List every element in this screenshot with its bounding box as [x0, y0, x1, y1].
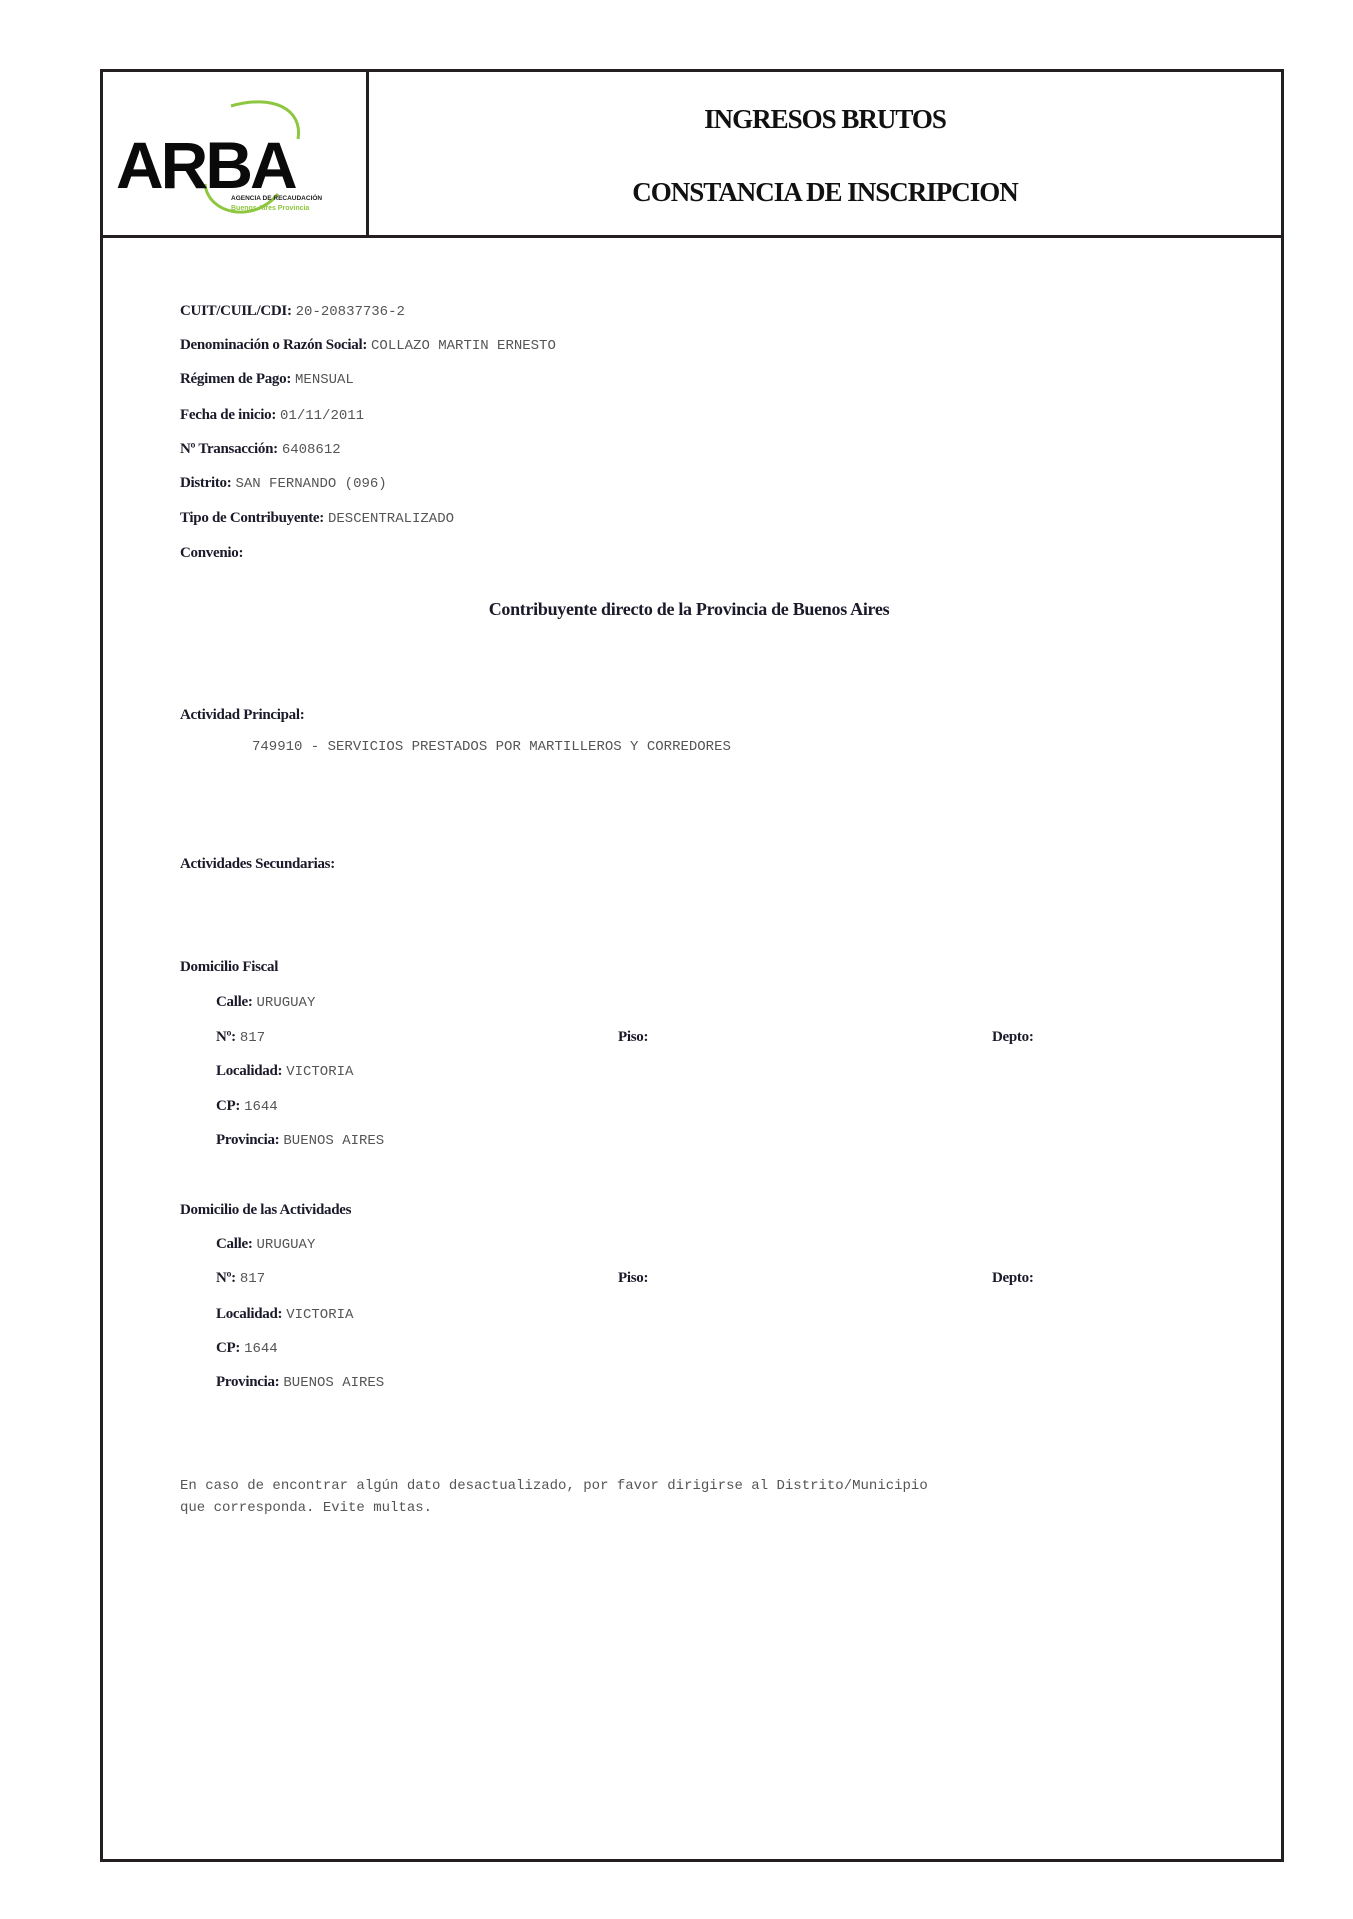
actividades-localidad: Localidad: VICTORIA — [216, 1304, 353, 1325]
field-tipo-contribuyente: Tipo de Contribuyente: DESCENTRALIZADO — [180, 508, 454, 529]
svg-text:Buenos Aires Provincia: Buenos Aires Provincia — [231, 205, 309, 212]
domicilio-fiscal-heading: Domicilio Fiscal — [180, 957, 278, 977]
fiscal-calle: Calle: URUGUAY — [216, 992, 315, 1013]
domicilio-actividades-heading: Domicilio de las Actividades — [180, 1200, 351, 1220]
arba-logo-icon: ARBA AGENCIA DE RECAUDACIÓN Buenos Aires… — [113, 84, 358, 224]
footer-note-line1: En caso de encontrar algún dato desactua… — [180, 1475, 928, 1497]
field-regimen: Régimen de Pago: MENSUAL — [180, 369, 354, 390]
field-distrito: Distrito: SAN FERNANDO (096) — [180, 473, 387, 494]
actividades-secundarias-label: Actividades Secundarias: — [180, 854, 335, 874]
field-razon-social: Denominación o Razón Social: COLLAZO MAR… — [180, 335, 556, 356]
document-subtitle: CONSTANCIA DE INSCRIPCION — [369, 177, 1281, 208]
field-fecha-inicio: Fecha de inicio: 01/11/2011 — [180, 405, 364, 426]
header-bottom-rule — [103, 235, 1281, 238]
field-cuit: CUIT/CUIL/CDI: 20-20837736-2 — [180, 301, 405, 322]
field-convenio: Convenio: — [180, 543, 243, 564]
fiscal-piso: Piso: — [618, 1027, 648, 1048]
document-title: INGRESOS BRUTOS — [369, 104, 1281, 135]
svg-text:ARBA: ARBA — [116, 128, 296, 202]
fiscal-cp: CP: 1644 — [216, 1096, 278, 1117]
actividades-calle: Calle: URUGUAY — [216, 1234, 315, 1255]
actividades-piso: Piso: — [618, 1268, 648, 1289]
actividades-provincia: Provincia: BUENOS AIRES — [216, 1372, 384, 1393]
fiscal-provincia: Provincia: BUENOS AIRES — [216, 1130, 384, 1151]
fiscal-depto: Depto: — [992, 1027, 1034, 1048]
field-transaccion: Nº Transacción: 6408612 — [180, 439, 341, 460]
actividades-cp: CP: 1644 — [216, 1338, 278, 1359]
actividades-numero: Nº: 817 — [216, 1268, 265, 1289]
footer-note-line2: que corresponda. Evite multas. — [180, 1497, 432, 1519]
actividad-principal-value: 749910 - SERVICIOS PRESTADOS POR MARTILL… — [252, 736, 731, 757]
svg-text:AGENCIA DE RECAUDACIÓN: AGENCIA DE RECAUDACIÓN — [231, 193, 322, 202]
fiscal-localidad: Localidad: VICTORIA — [216, 1061, 353, 1082]
actividad-principal-label: Actividad Principal: — [180, 705, 304, 725]
contributor-note: Contribuyente directo de la Provincia de… — [100, 599, 1278, 620]
actividades-depto: Depto: — [992, 1268, 1034, 1289]
header-divider — [366, 72, 369, 235]
fiscal-numero: Nº: 817 — [216, 1027, 265, 1048]
